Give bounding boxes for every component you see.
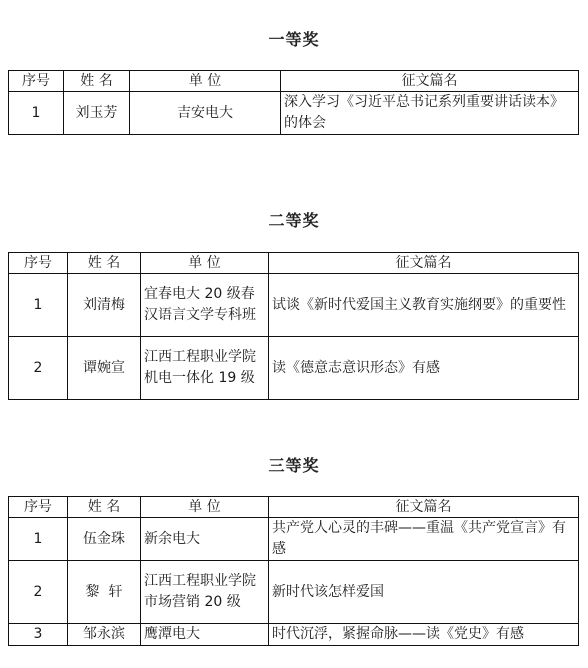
first-prize-table: 序号 姓 名 单 位 征文篇名 1 刘玉芳 吉安电大 深入学习《习近平总书记系列… [8,70,579,135]
header-name: 姓 名 [68,497,141,518]
cell-name: 黎 轩 [68,561,141,624]
cell-unit: 新余电大 [141,518,269,561]
header-number: 序号 [9,497,68,518]
cell-number: 1 [9,92,64,135]
cell-unit: 江西工程职业学院机电一体化 19 级 [141,337,269,400]
cell-number: 2 [9,337,68,400]
cell-unit: 宜春电大 20 级春汉语言文学专科班 [141,274,269,337]
header-unit: 单 位 [130,71,281,92]
header-unit: 单 位 [141,253,269,274]
cell-number: 1 [9,518,68,561]
cell-unit: 吉安电大 [130,92,281,135]
cell-unit: 江西工程职业学院市场营销 20 级 [141,561,269,624]
table-row: 1 伍金珠 新余电大 共产党人心灵的丰碑——重温《共产党宣言》有感 [9,518,579,561]
third-prize-table: 序号 姓 名 单 位 征文篇名 1 伍金珠 新余电大 共产党人心灵的丰碑——重温… [8,496,579,646]
cell-essay-title: 读《德意志意识形态》有感 [269,337,579,400]
header-essay-title: 征文篇名 [269,253,579,274]
first-prize-title: 一等奖 [0,27,588,50]
cell-essay-title: 试谈《新时代爱国主义教育实施纲要》的重要性 [269,274,579,337]
cell-name: 邹永滨 [68,624,141,646]
cell-name: 刘清梅 [68,274,141,337]
cell-essay-title: 新时代该怎样爱国 [269,561,579,624]
header-name: 姓 名 [68,253,141,274]
table-row: 2 黎 轩 江西工程职业学院市场营销 20 级 新时代该怎样爱国 [9,561,579,624]
cell-number: 2 [9,561,68,624]
cell-essay-title: 共产党人心灵的丰碑——重温《共产党宣言》有感 [269,518,579,561]
table-row: 3 邹永滨 鹰潭电大 时代沉浮，紧握命脉——读《党史》有感 [9,624,579,646]
header-number: 序号 [9,253,68,274]
header-unit: 单 位 [141,497,269,518]
second-prize-title: 二等奖 [0,208,588,231]
header-essay-title: 征文篇名 [281,71,579,92]
cell-name: 谭婉宣 [68,337,141,400]
cell-essay-title: 深入学习《习近平总书记系列重要讲话读本》的体会 [281,92,579,135]
cell-number: 1 [9,274,68,337]
table-header-row: 序号 姓 名 单 位 征文篇名 [9,71,579,92]
table-header-row: 序号 姓 名 单 位 征文篇名 [9,497,579,518]
third-prize-title: 三等奖 [0,453,588,476]
table-row: 1 刘清梅 宜春电大 20 级春汉语言文学专科班 试谈《新时代爱国主义教育实施纲… [9,274,579,337]
cell-number: 3 [9,624,68,646]
header-essay-title: 征文篇名 [269,497,579,518]
cell-name: 伍金珠 [68,518,141,561]
table-header-row: 序号 姓 名 单 位 征文篇名 [9,253,579,274]
cell-unit: 鹰潭电大 [141,624,269,646]
header-number: 序号 [9,71,64,92]
second-prize-table: 序号 姓 名 单 位 征文篇名 1 刘清梅 宜春电大 20 级春汉语言文学专科班… [8,252,579,400]
cell-essay-title: 时代沉浮，紧握命脉——读《党史》有感 [269,624,579,646]
table-row: 2 谭婉宣 江西工程职业学院机电一体化 19 级 读《德意志意识形态》有感 [9,337,579,400]
header-name: 姓 名 [64,71,130,92]
table-row: 1 刘玉芳 吉安电大 深入学习《习近平总书记系列重要讲话读本》的体会 [9,92,579,135]
cell-name: 刘玉芳 [64,92,130,135]
